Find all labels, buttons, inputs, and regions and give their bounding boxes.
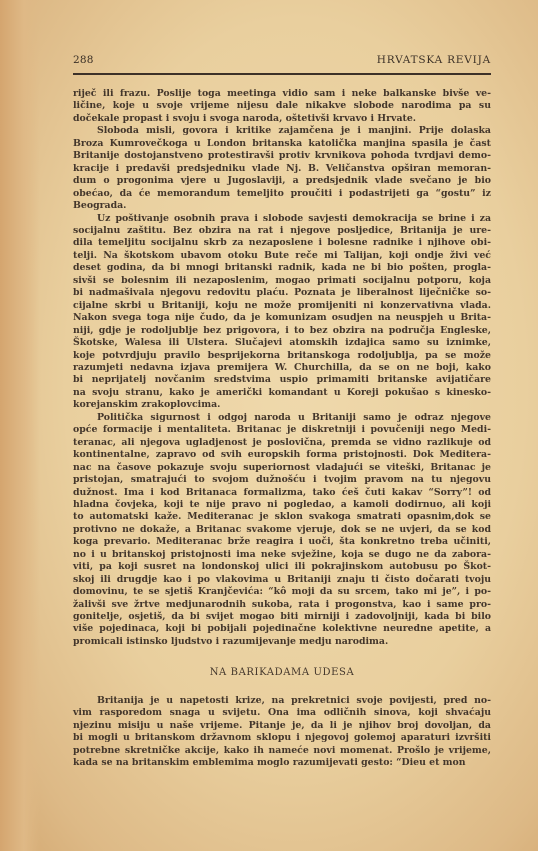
text-line: njezinu misiju u naše vrijeme. Pitanje j… <box>73 720 491 732</box>
text-line: Politička sigurnost i odgoj naroda u Bri… <box>73 412 491 424</box>
text-line: Broza Kumrovečkoga u London britanska ka… <box>73 138 491 150</box>
text-line: Nakon svega toga nije čudo, da je komuni… <box>73 312 491 324</box>
text-line: socijalnu zaštitu. Bez obzira na rat i n… <box>73 225 491 237</box>
text-line: telji. Na škotskom ubavom otoku Bute reč… <box>73 250 491 262</box>
text-line: kada se na britanskim emblemima moglo ra… <box>73 757 491 769</box>
text-line: potrebne skretničke akcije, kako ih name… <box>73 745 491 757</box>
text-line: razumjeti nedavna izjava premijera W. Ch… <box>73 362 491 374</box>
text-line: korejanskim zrakoplovcima. <box>73 399 491 411</box>
paragraph: Sloboda misli, govora i kritike zajamčen… <box>73 125 491 212</box>
paragraph: riječ ili frazu. Poslije toga meetinga v… <box>73 88 491 125</box>
text-line: hladna čovjeka, koji te nije pravo ni po… <box>73 499 491 511</box>
text-line: Britanije dostojanstveno protestiravši p… <box>73 150 491 162</box>
text-line: opće formacije i mentaliteta. Britanac j… <box>73 424 491 436</box>
text-line: dum o progonima vjere u Jugoslaviji, a p… <box>73 175 491 187</box>
text-line: kontinentalne, zapravo od svih europskih… <box>73 449 491 461</box>
paragraph: Politička sigurnost i odgoj naroda u Bri… <box>73 412 491 649</box>
text-line: viti, pa koji susret na londonskoj ulici… <box>73 561 491 573</box>
text-line: protivno ne dokaže, a Britanac svakome v… <box>73 524 491 536</box>
text-line: pristojan, smatrajući to svojom dužnošću… <box>73 474 491 486</box>
text-line: više pojedinaca, koji bi pobijali pojedi… <box>73 623 491 635</box>
text-line: bi neprijatelj novčanim sredstvima uspio… <box>73 374 491 386</box>
text-line: domovinu, te se sjetiš Kranjčevića: “kô … <box>73 586 491 598</box>
text-line: Beograda. <box>73 200 491 212</box>
paragraph: Uz poštivanje osobnih prava i slobode sa… <box>73 213 491 412</box>
page-header: 288 HRVATSKA REVIJA <box>73 54 491 68</box>
header-rule <box>73 73 491 75</box>
text-line: cijalne skrbi u Britaniji, koju ne može … <box>73 300 491 312</box>
text-line: bi nadmašivala njegovu redovitu plaću. P… <box>73 287 491 299</box>
text-line: to automatski kaže. Mediteranac je sklon… <box>73 511 491 523</box>
text-line: Škotske, Walesa ili Ulstera. Slučajevi a… <box>73 337 491 349</box>
text-line: vim rasporedom snaga u svijetu. Ona ima … <box>73 707 491 719</box>
text-line: ličine, koje u svoje vrijeme nijesu dale… <box>73 100 491 112</box>
text-line: Britanija je u napetosti krize, na prekr… <box>73 695 491 707</box>
text-line: žalivši sve žrtve medjunarodnih sukoba, … <box>73 599 491 611</box>
journal-title: HRVATSKA REVIJA <box>377 54 491 66</box>
text-line: skoj ili drugdje kao i po vlakovima u Br… <box>73 574 491 586</box>
page-number: 288 <box>73 54 94 66</box>
text-line: sivši se bolesnim ili nezaposlenim, moga… <box>73 275 491 287</box>
text-line: teranac, ali njegova ugladjenost je posl… <box>73 437 491 449</box>
text-line: promicali istinsko ljudstvo i razumijeva… <box>73 636 491 648</box>
text-line: niji, gdje je rodoljublje bez prigovora,… <box>73 325 491 337</box>
text-line: obećao, da će memorandum temeljito prouč… <box>73 188 491 200</box>
text-line: koje potvrdjuju pravilo besprijekorna br… <box>73 350 491 362</box>
text-line: gonitelje, osjetiš, da bi svijet mogao b… <box>73 611 491 623</box>
text-line: dila temeljitu socijalnu skrb za nezapos… <box>73 237 491 249</box>
text-line: na svoju stranu, kako je američki komand… <box>73 387 491 399</box>
text-line: deset godina, da bi mnogi britanski radn… <box>73 262 491 274</box>
text-line: dočekale propast i svoju i svoga naroda,… <box>73 113 491 125</box>
text-line: koga prevario. Mediteranac brže reagira … <box>73 536 491 548</box>
text-line: no i u britanskoj pristojnosti ima neke … <box>73 549 491 561</box>
text-line: Uz poštivanje osobnih prava i slobode sa… <box>73 213 491 225</box>
paragraph: Britanija je u napetosti krize, na prekr… <box>73 695 491 770</box>
page-edge-shadow <box>0 0 40 851</box>
section-paragraphs: Britanija je u napetosti krize, na prekr… <box>73 695 491 770</box>
text-line: kracije i predavši predsjedniku vlade Nj… <box>73 163 491 175</box>
text-line: bi mogli u britanskom državnom sklopu i … <box>73 732 491 744</box>
paragraphs: riječ ili frazu. Poslije toga meetinga v… <box>73 88 491 648</box>
text-line: dužnost. Ima i kod Britanaca formalizma,… <box>73 487 491 499</box>
text-line: riječ ili frazu. Poslije toga meetinga v… <box>73 88 491 100</box>
article-body: riječ ili frazu. Poslije toga meetinga v… <box>73 88 491 770</box>
section-heading: NA BARIKADAMA UDESA <box>73 667 491 679</box>
text-line: Sloboda misli, govora i kritike zajamčen… <box>73 125 491 137</box>
text-line: nac na časove pokazuje svoju superiornos… <box>73 462 491 474</box>
